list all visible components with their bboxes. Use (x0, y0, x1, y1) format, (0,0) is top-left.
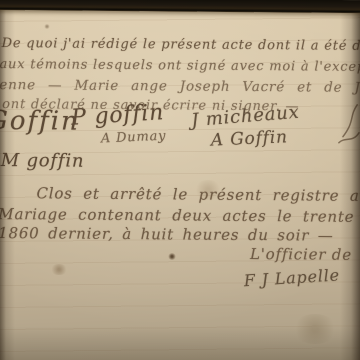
signature-a-goffin: A Goffin (211, 127, 289, 150)
closing-line-1: Clos et arrêté le présent registre aux (36, 184, 360, 205)
signature-dumay: A Dumay (101, 129, 167, 147)
body-line-2: aux témoins lesquels ont signé avec moi … (0, 57, 360, 75)
closing-line-3: 1860 dernier, à huit heures du soir — (0, 224, 334, 245)
register-page-photo: De quoi j'ai rédigé le présent acte dont… (0, 0, 360, 360)
partial-signature-stroke (331, 103, 360, 159)
body-line-1: De quoi j'ai rédigé le présent acte dont… (2, 36, 360, 54)
officer-title-line: L'officier de (250, 245, 352, 264)
handwriting-layer: De quoi j'ai rédigé le présent acte dont… (0, 0, 360, 360)
signature-m-goffin: M goffin (1, 150, 85, 172)
body-line-3: enne — Marie ange Joseph Vacré et de Jea… (0, 77, 360, 96)
closing-line-2: Mariage contenant deux actes le trente e… (0, 205, 360, 226)
signature-p-goffin: P goffin (70, 100, 164, 131)
officer-signature: F J Lapelle (243, 265, 340, 290)
signature-goffin: Goffin (0, 106, 80, 137)
